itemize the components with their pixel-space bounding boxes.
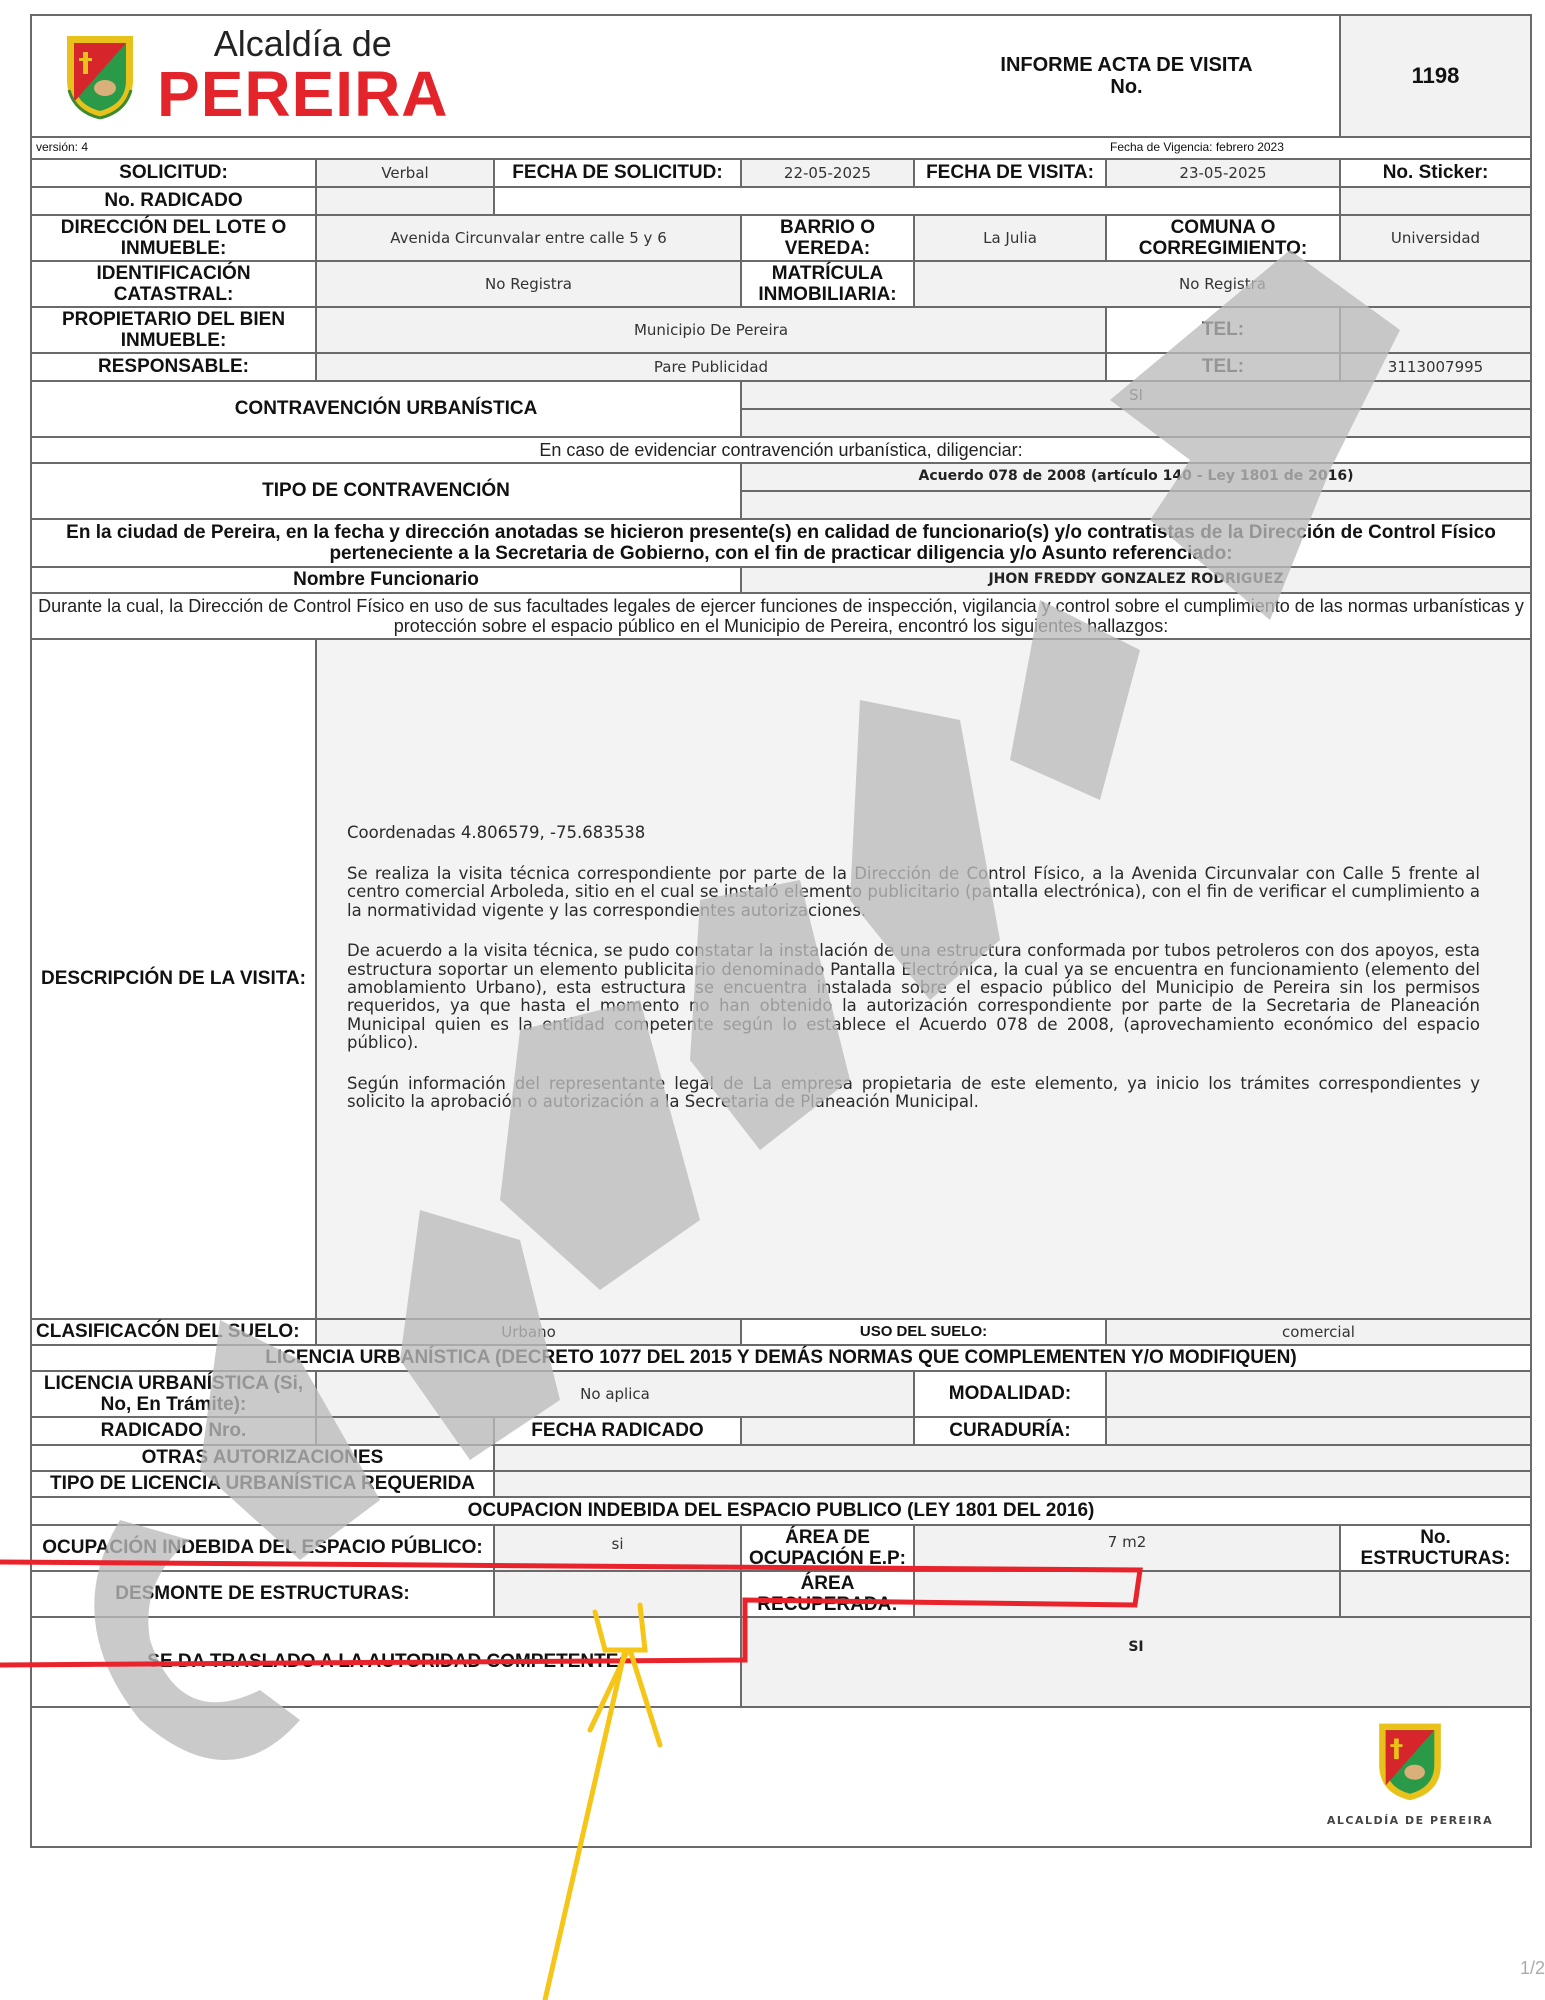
barrio-label: BARRIO O VEREDA: <box>741 215 914 261</box>
nombre-funcionario-field[interactable]: JHON FREDDY GONZALEZ RODRIGUEZ <box>741 567 1531 593</box>
propietario-tel-label: TEL: <box>1106 307 1340 353</box>
descripcion-paragraph: Según información del representante lega… <box>347 1075 1480 1112</box>
coat-of-arms-icon <box>61 30 139 122</box>
fecha-radicado-field[interactable] <box>741 1417 914 1445</box>
radicado-field[interactable] <box>316 187 494 215</box>
propietario-tel-field[interactable] <box>1340 307 1531 353</box>
modalidad-field[interactable] <box>1106 1371 1531 1417</box>
comuna-label: COMUNA O CORREGIMIENTO: <box>1106 215 1340 261</box>
form-table: Alcaldía de PEREIRA INFORME ACTA DE VISI… <box>30 14 1532 1848</box>
otras-autorizaciones-field[interactable] <box>494 1445 1531 1471</box>
descripcion-paragraph: Se realiza la visita técnica correspondi… <box>347 865 1480 920</box>
tipo-contravencion-label: TIPO DE CONTRAVENCIÓN <box>31 463 741 519</box>
visit-report-form: Alcaldía de PEREIRA INFORME ACTA DE VISI… <box>30 14 1530 1848</box>
page-number: 1/2 <box>1520 1958 1545 1979</box>
descripcion-label: DESCRIPCIÓN DE LA VISITA: <box>31 639 316 1319</box>
modalidad-label: MODALIDAD: <box>914 1371 1106 1417</box>
form-title-line-2: No. <box>918 76 1335 98</box>
brand-logo: Alcaldía de PEREIRA <box>157 26 449 126</box>
direccion-label: DIRECCIÓN DEL LOTE O INMUEBLE: <box>31 215 316 261</box>
desmonte-label: DESMONTE DE ESTRUCTURAS: <box>31 1571 494 1617</box>
blank-cell <box>494 187 1340 215</box>
fecha-visita-label: FECHA DE VISITA: <box>914 159 1106 187</box>
tipo-contravencion-field[interactable]: Acuerdo 078 de 2008 (artículo 140 - Ley … <box>741 463 1531 491</box>
otras-autorizaciones-label: OTRAS AUTORIZACIONES <box>31 1445 494 1471</box>
estructuras-field[interactable] <box>1340 1571 1531 1617</box>
matricula-label: MATRÍCULA INMOBILIARIA: <box>741 261 914 307</box>
area-recuperada-field[interactable] <box>914 1571 1340 1617</box>
catastral-label: IDENTIFICACIÓN CATASTRAL: <box>31 261 316 307</box>
tipo-licencia-field[interactable] <box>494 1471 1531 1497</box>
responsable-field[interactable]: Pare Publicidad <box>316 353 1106 381</box>
responsable-label: RESPONSABLE: <box>31 353 316 381</box>
area-recuperada-label: ÁREA RECUPERADA: <box>741 1571 914 1617</box>
responsable-tel-label: TEL: <box>1106 353 1340 381</box>
propietario-field[interactable]: Municipio De Pereira <box>316 307 1106 353</box>
traslado-field[interactable]: SI <box>741 1617 1531 1707</box>
ocupacion-field[interactable]: si <box>494 1525 741 1571</box>
uso-suelo-label: USO DEL SUELO: <box>741 1319 1106 1345</box>
radicado-nro-field[interactable] <box>316 1417 494 1445</box>
form-title: INFORME ACTA DE VISITA No. <box>914 15 1340 137</box>
tipo-contravencion-field-2[interactable] <box>741 491 1531 519</box>
solicitud-label: SOLICITUD: <box>31 159 316 187</box>
nombre-funcionario-label: Nombre Funcionario <box>31 567 741 593</box>
licencia-field[interactable]: No aplica <box>316 1371 914 1417</box>
barrio-field[interactable]: La Julia <box>914 215 1106 261</box>
radicado-label: No. RADICADO <box>31 187 316 215</box>
sticker-label: No. Sticker: <box>1340 159 1531 187</box>
clasificacion-suelo-field[interactable]: Urbano <box>316 1319 741 1345</box>
responsable-tel-field[interactable]: 3113007995 <box>1340 353 1531 381</box>
fecha-solicitud-label: FECHA DE SOLICITUD: <box>494 159 741 187</box>
descripcion-paragraph: De acuerdo a la visita técnica, se pudo … <box>347 942 1480 1053</box>
vigencia-label: Fecha de Vigencia: febrero 2023 <box>1106 137 1531 159</box>
ocupacion-label: OCUPACIÓN INDEBIDA DEL ESPACIO PÚBLICO: <box>31 1525 494 1571</box>
matricula-field[interactable]: No Registra <box>914 261 1531 307</box>
licencia-label: LICENCIA URBANÍSTICA (Si, No, En Trámite… <box>31 1371 316 1417</box>
descripcion-paragraph: Coordenadas 4.806579, -75.683538 <box>347 824 1480 842</box>
solicitud-field[interactable]: Verbal <box>316 159 494 187</box>
sticker-field[interactable] <box>1340 187 1531 215</box>
tipo-licencia-label: TIPO DE LICENCIA URBANÍSTICA REQUERIDA <box>31 1471 494 1497</box>
radicado-nro-label: RADICADO Nro. <box>31 1417 316 1445</box>
catastral-field[interactable]: No Registra <box>316 261 741 307</box>
header-logo-cell: Alcaldía de PEREIRA <box>31 15 914 137</box>
estructuras-label: No. ESTRUCTURAS: <box>1340 1525 1531 1571</box>
propietario-label: PROPIETARIO DEL BIEN INMUEBLE: <box>31 307 316 353</box>
fecha-visita-field[interactable]: 23-05-2025 <box>1106 159 1340 187</box>
footer-cell: ALCALDÍA DE PEREIRA <box>31 1707 1531 1847</box>
contravencion-label: CONTRAVENCIÓN URBANÍSTICA <box>31 381 741 437</box>
form-number: 1198 <box>1340 15 1531 137</box>
desmonte-field[interactable] <box>494 1571 741 1617</box>
funcionario-statement: En la ciudad de Pereira, en la fecha y d… <box>31 519 1531 567</box>
version-label: versión: 4 <box>31 137 1106 159</box>
descripcion-field[interactable]: Coordenadas 4.806579, -75.683538 Se real… <box>316 639 1531 1319</box>
facultades-statement: Durante la cual, la Dirección de Control… <box>31 593 1531 639</box>
licencia-section-title: LICENCIA URBANÍSTICA (DECRETO 1077 DEL 2… <box>31 1345 1531 1371</box>
footer-logo-caption: ALCALDÍA DE PEREIRA <box>1310 1815 1510 1827</box>
form-title-line-1: INFORME ACTA DE VISITA <box>918 54 1335 76</box>
area-ocupacion-label: ÁREA DE OCUPACIÓN E.P: <box>741 1525 914 1571</box>
footer-coat-of-arms-icon <box>1371 1718 1449 1804</box>
traslado-label: SE DA TRASLADO A LA AUTORIDAD COMPETENTE… <box>31 1617 741 1707</box>
comuna-field[interactable]: Universidad <box>1340 215 1531 261</box>
brand-line-1: Alcaldía de <box>157 26 449 62</box>
uso-suelo-field[interactable]: comercial <box>1106 1319 1531 1345</box>
direccion-field[interactable]: Avenida Circunvalar entre calle 5 y 6 <box>316 215 741 261</box>
clasificacion-suelo-label: CLASIFICACÓN DEL SUELO: <box>31 1319 316 1345</box>
curaduria-label: CURADURÍA: <box>914 1417 1106 1445</box>
ocupacion-section-title: OCUPACION INDEBIDA DEL ESPACIO PUBLICO (… <box>31 1497 1531 1525</box>
contravencion-field-2[interactable] <box>741 409 1531 437</box>
curaduria-field[interactable] <box>1106 1417 1531 1445</box>
contravencion-instruction: En caso de evidenciar contravención urba… <box>31 437 1531 463</box>
area-ocupacion-field[interactable]: 7 m2 <box>914 1525 1340 1571</box>
fecha-solicitud-field[interactable]: 22-05-2025 <box>741 159 914 187</box>
brand-line-2: PEREIRA <box>157 62 449 126</box>
fecha-radicado-label: FECHA RADICADO <box>494 1417 741 1445</box>
footer-logo: ALCALDÍA DE PEREIRA <box>1310 1718 1510 1827</box>
contravencion-field[interactable]: SI <box>741 381 1531 409</box>
